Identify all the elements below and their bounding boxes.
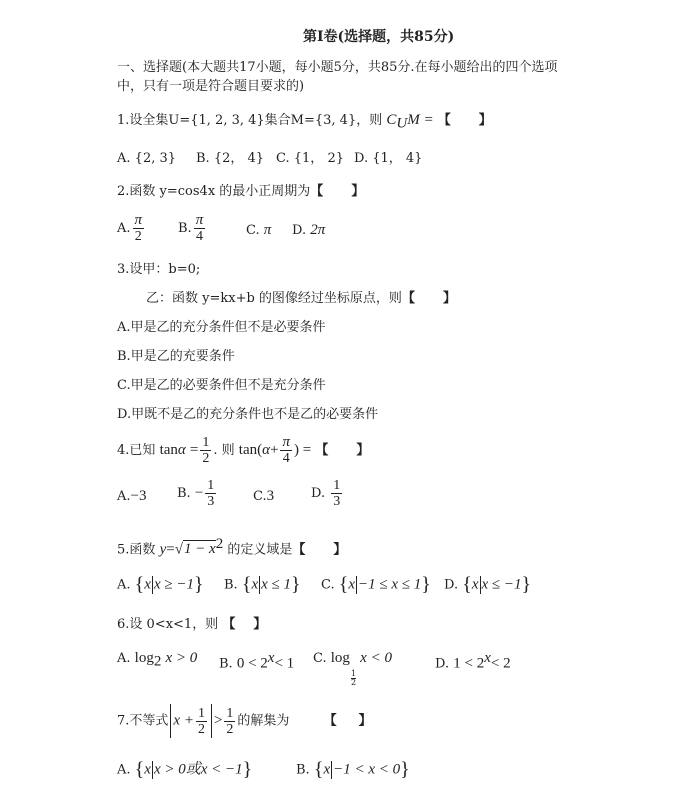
question-2-option-a[interactable]: A.π2 <box>117 213 146 244</box>
question-5-option-b[interactable]: B. {xx ≤ 1} <box>224 576 301 594</box>
question-1-option-d[interactable]: D. {1， 4} <box>354 151 422 167</box>
question-7-stem: 7.不等式x +12>12的解集为 【】 <box>117 704 372 738</box>
question-3-stem-line1: 3.设甲：b=0; <box>117 262 200 278</box>
complement-subscript: U <box>396 116 407 132</box>
question-text: 设全集U={1, 2, 3, 4}集合M={3, 4}，则 <box>129 113 382 128</box>
question-6-stem: 6.设 0<x<1，则 【】 <box>117 617 266 633</box>
math-expression: M = <box>407 112 433 128</box>
question-3-stem-line2: 乙：函数 y=kx+b 的图像经过坐标原点，则【】 <box>146 291 456 307</box>
question-number: 1. <box>117 113 129 128</box>
question-2-stem: 2.函数 y=cos4x 的最小正周期为【】 <box>117 184 364 200</box>
question-2-option-d[interactable]: D. 2π <box>292 222 325 239</box>
question-5-option-d[interactable]: D. {xx ≤ −1} <box>444 576 531 594</box>
question-4-option-a[interactable]: A.−3 <box>117 488 147 505</box>
question-2-option-b[interactable]: B.π4 <box>178 213 207 244</box>
question-3-option-c[interactable]: C.甲是乙的必要条件但不是充分条件 <box>117 378 326 394</box>
question-3-option-b[interactable]: B.甲是乙的充要条件 <box>117 349 235 365</box>
answer-bracket-open: 【 <box>438 113 451 128</box>
question-1-option-b[interactable]: B. {2， 4} <box>196 151 264 167</box>
question-4-option-b[interactable]: B. −13 <box>177 478 218 509</box>
question-5-stem: 5.函数 y=√1 − x2 的定义域是【】 <box>117 536 346 558</box>
question-6-option-a[interactable]: A. log2 x > 0 <box>117 650 197 670</box>
answer-bracket-close: 】 <box>351 184 364 199</box>
question-7-option-a[interactable]: A. {xx > 0或x < −1} <box>117 761 252 779</box>
question-3-option-a[interactable]: A.甲是乙的充分条件但不是必要条件 <box>117 320 326 336</box>
exam-section-title: 第Ⅰ卷(选择题，共85分) <box>303 29 454 45</box>
question-number: 2. <box>117 184 129 199</box>
section-intro-line1: 一、选择题(本大题共17小题，每小题5分，共85分.在每小题给出的四个选项 <box>117 60 558 76</box>
question-4-option-d[interactable]: D. 13 <box>311 478 344 509</box>
question-4-stem: 4.已知 tanα =12. 则 tan(α+π4) = 【】 <box>117 435 369 466</box>
answer-bracket-open: 【 <box>310 184 323 199</box>
question-text: 函数 y=cos4x 的最小正周期为 <box>129 184 310 199</box>
question-3-option-d[interactable]: D.甲既不是乙的充分条件也不是乙的必要条件 <box>117 407 378 423</box>
question-7-option-b[interactable]: B. {x−1 < x < 0} <box>296 761 410 779</box>
answer-bracket-close: 】 <box>479 113 492 128</box>
question-1-stem: 1.设全集U={1, 2, 3, 4}集合M={3, 4}，则 CUM = 【】 <box>117 112 492 132</box>
question-6-option-c[interactable]: C. log12 x < 0 <box>313 650 392 687</box>
question-1-option-c[interactable]: C. {1， 2} <box>276 151 344 167</box>
exam-page: 第Ⅰ卷(选择题，共85分) 一、选择题(本大题共17小题，每小题5分，共85分.… <box>0 0 695 788</box>
question-2-option-c[interactable]: C. π <box>246 222 271 239</box>
question-6-option-d[interactable]: D. 1 < 2x< 2 <box>435 650 511 672</box>
question-6-option-b[interactable]: B. 0 < 2x< 1 <box>219 650 294 672</box>
question-4-option-c[interactable]: C.3 <box>253 488 274 505</box>
question-1-option-a[interactable]: A. {2, 3} <box>117 151 176 167</box>
question-5-option-c[interactable]: C. {x−1 ≤ x ≤ 1} <box>321 576 431 594</box>
section-intro-line2: 中，只有一项是符合题目要求的) <box>117 79 304 95</box>
complement-symbol: C <box>386 112 396 128</box>
question-5-option-a[interactable]: A. {xx ≥ −1} <box>117 576 204 594</box>
